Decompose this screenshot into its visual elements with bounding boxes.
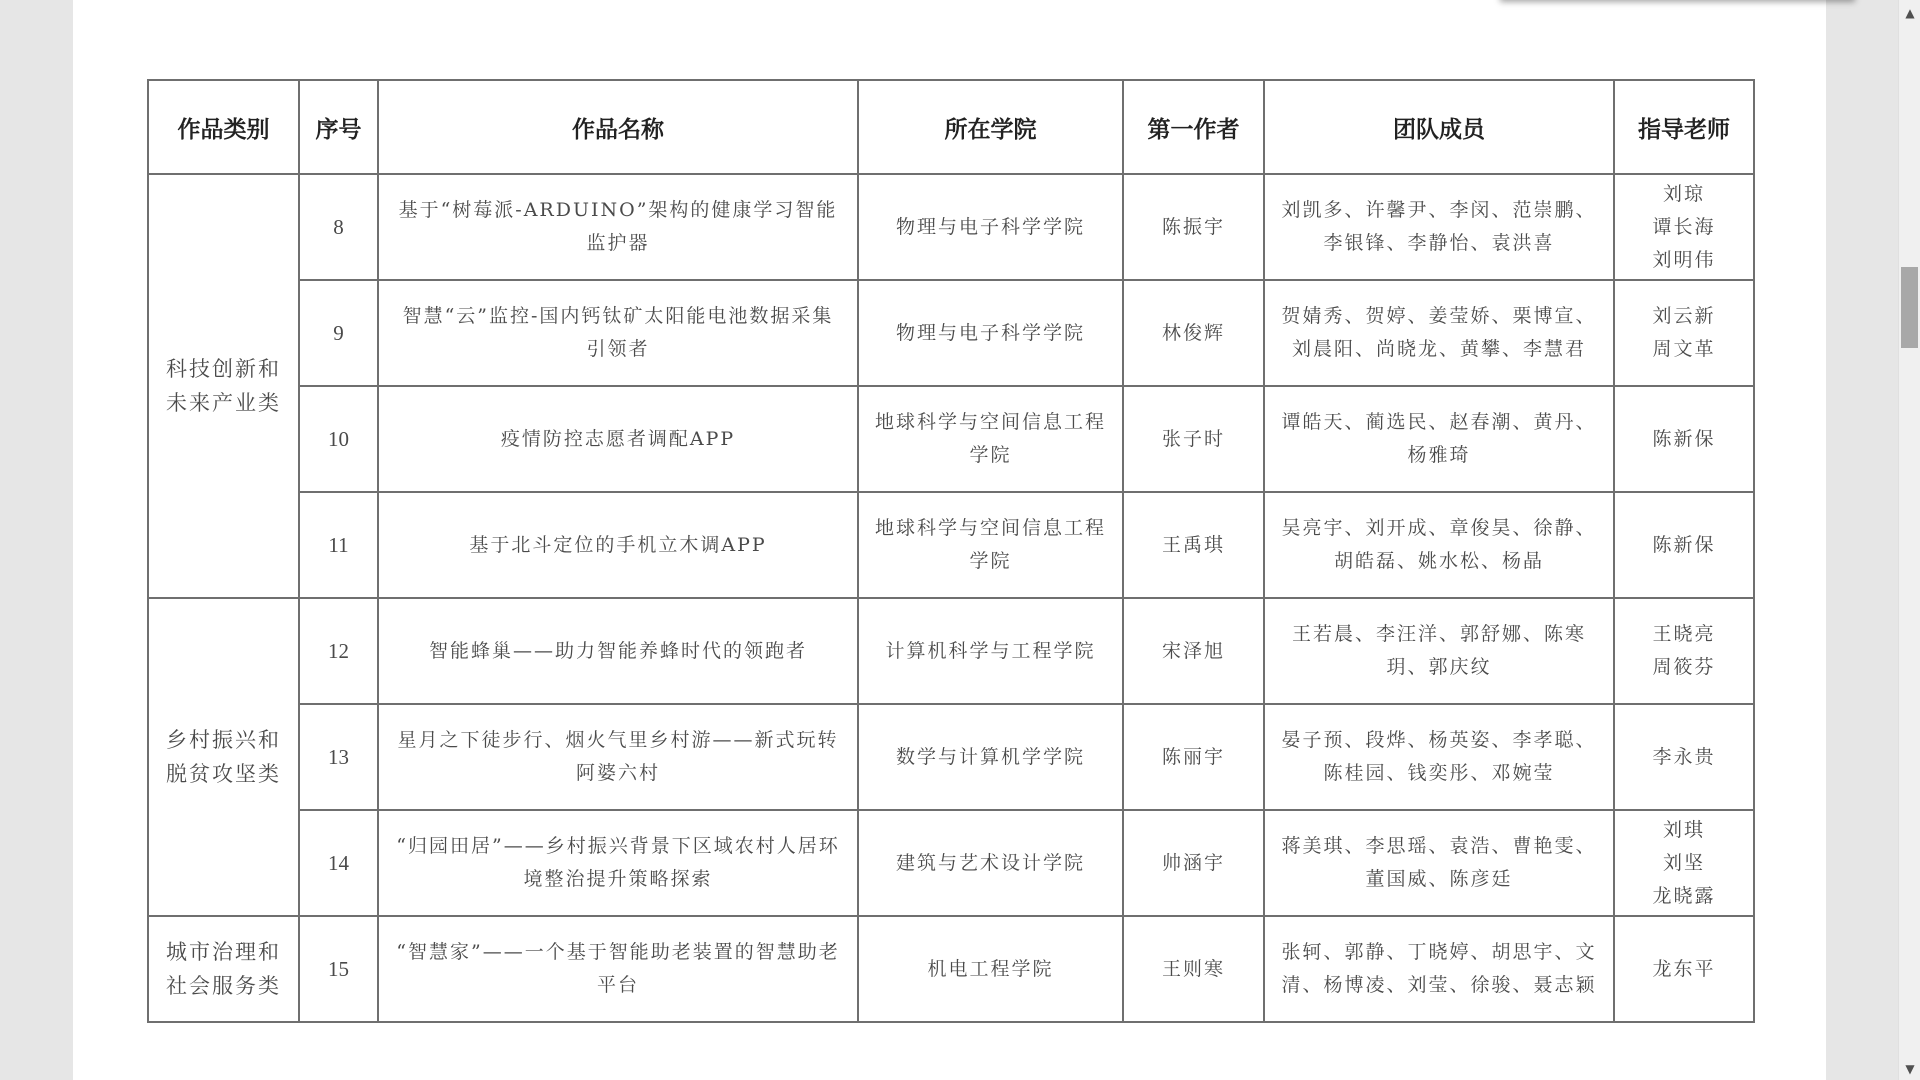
- advisors: 刘云新 周文革: [1614, 280, 1754, 386]
- team-members: 蒋美琪、李思瑶、袁浩、曹艳雯、董国威、陈彦廷: [1264, 810, 1614, 916]
- project-title: “智慧家”——一个基于智能助老装置的智慧助老平台: [378, 916, 858, 1022]
- advisors: 王晓亮 周筱芬: [1614, 598, 1754, 704]
- header-category: 作品类别: [148, 80, 299, 174]
- college: 物理与电子科学学院: [858, 280, 1123, 386]
- team-members: 张轲、郭静、丁晓婷、胡思宇、文清、杨博凌、刘莹、徐骏、聂志颖: [1264, 916, 1614, 1022]
- advisor: 刘云新: [1629, 300, 1739, 333]
- college: 机电工程学院: [858, 916, 1123, 1022]
- college: 建筑与艺术设计学院: [858, 810, 1123, 916]
- row-number: 15: [299, 916, 378, 1022]
- table-row: 9 智慧“云”监控-国内钙钛矿太阳能电池数据采集引领者 物理与电子科学学院 林俊…: [148, 280, 1754, 386]
- row-number: 9: [299, 280, 378, 386]
- college: 物理与电子科学学院: [858, 174, 1123, 280]
- project-title: 基于北斗定位的手机立木调APP: [378, 492, 858, 598]
- scroll-up-arrow-icon[interactable]: ▲: [1900, 4, 1920, 22]
- advisor: 谭长海: [1629, 211, 1739, 244]
- table-row: 城市治理和社会服务类 15 “智慧家”——一个基于智能助老装置的智慧助老平台 机…: [148, 916, 1754, 1022]
- row-number: 14: [299, 810, 378, 916]
- team-members: 贺婧秀、贺婷、姜莹娇、栗博宣、刘晨阳、尚晓龙、黄攀、李慧君: [1264, 280, 1614, 386]
- scroll-down-arrow-icon[interactable]: ▼: [1900, 1060, 1920, 1078]
- project-title: 智能蜂巢——助力智能养蜂时代的领跑者: [378, 598, 858, 704]
- category-cell: 城市治理和社会服务类: [148, 916, 299, 1022]
- advisor: 周筱芬: [1629, 651, 1739, 684]
- first-author: 宋泽旭: [1123, 598, 1264, 704]
- advisors: 刘琪 刘坚 龙晓露: [1614, 810, 1754, 916]
- table-row: 14 “归园田居”——乡村振兴背景下区域农村人居环境整治提升策略探索 建筑与艺术…: [148, 810, 1754, 916]
- team-members: 王若晨、李汪洋、郭舒娜、陈寒玥、郭庆纹: [1264, 598, 1614, 704]
- first-author: 林俊辉: [1123, 280, 1264, 386]
- first-author: 王禹琪: [1123, 492, 1264, 598]
- advisor: 刘明伟: [1629, 244, 1739, 277]
- team-members: 晏子预、段烨、杨英姿、李孝聪、陈桂园、钱奕彤、邓婉莹: [1264, 704, 1614, 810]
- category-cell: 科技创新和未来产业类: [148, 174, 299, 598]
- table-body: 科技创新和未来产业类 8 基于“树莓派-ARDUINO”架构的健康学习智能监护器…: [148, 174, 1754, 1022]
- row-number: 10: [299, 386, 378, 492]
- row-number: 11: [299, 492, 378, 598]
- advisor: 刘琼: [1629, 178, 1739, 211]
- vertical-scrollbar[interactable]: [1898, 0, 1920, 1080]
- scrollbar-thumb[interactable]: [1901, 267, 1918, 348]
- first-author: 张子时: [1123, 386, 1264, 492]
- advisor: 龙晓露: [1629, 880, 1739, 913]
- college: 地球科学与空间信息工程学院: [858, 386, 1123, 492]
- header-number: 序号: [299, 80, 378, 174]
- advisor: 刘琪: [1629, 814, 1739, 847]
- table-row: 10 疫情防控志愿者调配APP 地球科学与空间信息工程学院 张子时 谭皓天、蔺选…: [148, 386, 1754, 492]
- row-number: 8: [299, 174, 378, 280]
- table-row: 乡村振兴和脱贫攻坚类 12 智能蜂巢——助力智能养蜂时代的领跑者 计算机科学与工…: [148, 598, 1754, 704]
- project-title: “归园田居”——乡村振兴背景下区域农村人居环境整治提升策略探索: [378, 810, 858, 916]
- category-cell: 乡村振兴和脱贫攻坚类: [148, 598, 299, 916]
- project-title: 疫情防控志愿者调配APP: [378, 386, 858, 492]
- table-header-row: 作品类别 序号 作品名称 所在学院 第一作者 团队成员 指导老师: [148, 80, 1754, 174]
- advisor: 王晓亮: [1629, 618, 1739, 651]
- college: 数学与计算机学学院: [858, 704, 1123, 810]
- first-author: 帅涵宇: [1123, 810, 1264, 916]
- advisor: 周文革: [1629, 333, 1739, 366]
- team-members: 刘凯多、许馨尹、李闵、范崇鹏、李银锋、李静怡、袁洪喜: [1264, 174, 1614, 280]
- first-author: 王则寒: [1123, 916, 1264, 1022]
- table-row: 13 星月之下徒步行、烟火气里乡村游——新式玩转阿婆六村 数学与计算机学学院 陈…: [148, 704, 1754, 810]
- advisors: 刘琼 谭长海 刘明伟: [1614, 174, 1754, 280]
- advisor: 陈新保: [1629, 529, 1739, 562]
- table-row: 11 基于北斗定位的手机立木调APP 地球科学与空间信息工程学院 王禹琪 吴亮宇…: [148, 492, 1754, 598]
- header-college: 所在学院: [858, 80, 1123, 174]
- table-row: 科技创新和未来产业类 8 基于“树莓派-ARDUINO”架构的健康学习智能监护器…: [148, 174, 1754, 280]
- advisor: 龙东平: [1629, 953, 1739, 986]
- award-table: 作品类别 序号 作品名称 所在学院 第一作者 团队成员 指导老师 科技创新和未来…: [147, 79, 1755, 1023]
- project-title: 基于“树莓派-ARDUINO”架构的健康学习智能监护器: [378, 174, 858, 280]
- first-author: 陈丽宇: [1123, 704, 1264, 810]
- team-members: 谭皓天、蔺选民、赵春潮、黄丹、杨雅琦: [1264, 386, 1614, 492]
- header-advisors: 指导老师: [1614, 80, 1754, 174]
- advisors: 李永贵: [1614, 704, 1754, 810]
- header-first-author: 第一作者: [1123, 80, 1264, 174]
- header-members: 团队成员: [1264, 80, 1614, 174]
- team-members: 吴亮宇、刘开成、章俊昊、徐静、胡皓磊、姚水松、杨晶: [1264, 492, 1614, 598]
- project-title: 智慧“云”监控-国内钙钛矿太阳能电池数据采集引领者: [378, 280, 858, 386]
- college: 地球科学与空间信息工程学院: [858, 492, 1123, 598]
- advisors: 陈新保: [1614, 386, 1754, 492]
- header-title: 作品名称: [378, 80, 858, 174]
- advisor: 陈新保: [1629, 423, 1739, 456]
- college: 计算机科学与工程学院: [858, 598, 1123, 704]
- advisors: 陈新保: [1614, 492, 1754, 598]
- advisors: 龙东平: [1614, 916, 1754, 1022]
- project-title: 星月之下徒步行、烟火气里乡村游——新式玩转阿婆六村: [378, 704, 858, 810]
- first-author: 陈振宇: [1123, 174, 1264, 280]
- advisor: 刘坚: [1629, 847, 1739, 880]
- row-number: 12: [299, 598, 378, 704]
- row-number: 13: [299, 704, 378, 810]
- advisor: 李永贵: [1629, 741, 1739, 774]
